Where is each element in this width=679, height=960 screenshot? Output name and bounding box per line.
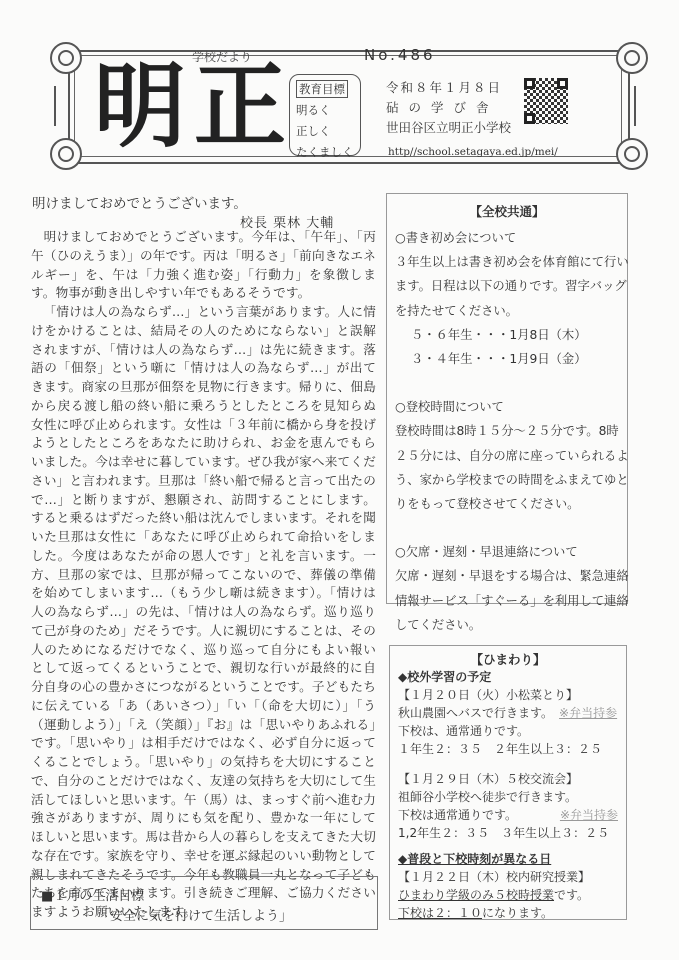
- dismissal-times: 1,2年生２：３５ ３年生以上３：２５: [398, 824, 618, 842]
- education-goal-item: たくましく: [296, 142, 354, 163]
- greeting-article: 明けましておめでとうございます。今年は、「午年」、「丙午（ひのえうま）」の年です…: [31, 228, 376, 922]
- scroll-ornament-icon: [50, 42, 82, 74]
- event-line: 下校は２：１０になります。: [398, 904, 618, 922]
- event-detail: 下校は通常通りです。: [398, 808, 517, 822]
- section-line: う、家から学校までの時間をふまえてゆと: [395, 468, 619, 492]
- all-school-notice-box: 【全校共通】 ○書き初め会について ３年生以上は書き初め会を体育館にて行い ます…: [386, 193, 628, 604]
- event-line: ひまわり学級のみ５校時授業です。: [398, 886, 618, 904]
- event-detail: ひまわり学級のみ５校時授業: [398, 888, 554, 902]
- education-goal-item: 正しく: [296, 121, 354, 142]
- schedule-line: ５・６年生・・・1月8日（木）: [395, 323, 619, 347]
- event-detail: 下校は、通常通りです。: [398, 722, 618, 740]
- scroll-ornament-icon: [616, 138, 648, 170]
- section-line: してください。: [395, 613, 619, 637]
- article-paragraph: 明けましておめでとうございます。今年は、「午年」、「丙午（ひのえうま）」の年です…: [31, 228, 376, 303]
- section-line: 登校時間は8時１５分～２５分です。8時: [395, 419, 619, 443]
- dismissal-heading: ◆普段と下校時刻が異なる日: [398, 850, 618, 868]
- dismissal-times: １年生２：３５ ２年生以上３：２５: [398, 740, 618, 758]
- lunch-note: ※弁当持参: [560, 806, 618, 824]
- schedule-line: ３・４年生・・・1月9日（金）: [395, 347, 619, 371]
- event-title: 【１月２９日（木）５校交流会】: [398, 770, 618, 788]
- greeting-heading: 明けましておめでとうございます。: [32, 192, 247, 212]
- section-line: 欠席・遅刻・早退をする場合は、緊急連絡: [395, 564, 619, 588]
- education-goal-box: 教育目標 明るく 正しく たくましく: [289, 74, 361, 156]
- article-paragraph: 「情けは人の為ならず…」という言葉があります。人に情けをかけることは、結局その人…: [31, 303, 376, 922]
- section-line: を持たせてください。: [395, 299, 619, 323]
- school-motto: 砧の学び舎: [386, 98, 511, 118]
- issue-date: 令和８年１月８日: [386, 78, 511, 98]
- qr-finder-pattern: [524, 78, 535, 89]
- scroll-ornament-icon: [50, 138, 82, 170]
- section-heading: ○欠席・遅刻・早退連絡について: [395, 540, 619, 564]
- scroll-ornament-icon: [616, 42, 648, 74]
- masthead: 学校だより No.486 明正 教育目標 明るく 正しく たくましく 令和８年１…: [46, 42, 646, 170]
- all-school-title: 【全校共通】: [395, 202, 619, 220]
- himawari-class-box: 【ひまわり】 ◆校外学習の予定 【１月２０日（火）小松菜とり】 秋山農園へバスで…: [389, 645, 627, 920]
- section-line: ３年生以上は書き初め会を体育館にて行い: [395, 250, 619, 274]
- section-line: りをもって登校させてください。: [395, 492, 619, 516]
- frame-notch: [634, 86, 646, 126]
- section-heading: ○書き初め会について: [395, 226, 619, 250]
- section-heading: ○登校時間について: [395, 395, 619, 419]
- school-name: 世田谷区立明正小学校: [386, 118, 511, 138]
- event-title: 【１月２０日（火）小松菜とり】: [398, 686, 618, 704]
- education-goal-item: 明るく: [296, 100, 354, 121]
- section-line: ２５分には、自分の席に座っていられるよ: [395, 444, 619, 468]
- dismissal-time: 下校は２：１０: [398, 906, 482, 920]
- section-line: ます。日程は以下の通りです。習字バッグ: [395, 274, 619, 298]
- event-line: 秋山農園へバスで行きます。※弁当持参: [398, 704, 618, 722]
- himawari-title: 【ひまわり】: [398, 650, 618, 668]
- school-url[interactable]: http//school.setagaya.ed.jp/mei/: [388, 146, 558, 158]
- monthly-goal-text: 「安全に気を付けて生活しよう」: [97, 905, 292, 924]
- issue-number: No.486: [364, 46, 436, 64]
- education-goal-heading: 教育目標: [296, 80, 348, 98]
- monthly-goal-box: ■１月の生活目標 「安全に気を付けて生活しよう」: [30, 876, 378, 930]
- qr-finder-pattern: [524, 113, 535, 124]
- school-info: 令和８年１月８日 砧の学び舎 世田谷区立明正小学校: [386, 78, 511, 138]
- event-title: 【１月２２日（木）校内研究授業】: [398, 868, 618, 886]
- outing-heading: ◆校外学習の予定: [398, 668, 618, 686]
- frame-notch: [54, 86, 66, 126]
- event-detail: 祖師谷小学校へ徒歩で行きます。: [398, 788, 618, 806]
- event-line: 下校は通常通りです。※弁当持参: [398, 806, 618, 824]
- section-line: 情報サービス「すぐーる」を利用して連絡: [395, 589, 619, 613]
- event-detail: 秋山農園へバスで行きます。: [398, 706, 553, 720]
- newsletter-title: 明正: [94, 56, 294, 156]
- event-detail: になります。: [482, 906, 553, 920]
- qr-code-icon[interactable]: [522, 76, 570, 126]
- event-detail: です。: [554, 888, 589, 902]
- lunch-note: ※弁当持参: [559, 706, 617, 720]
- monthly-goal-label: ■１月の生活目標: [41, 885, 144, 904]
- qr-finder-pattern: [557, 78, 568, 89]
